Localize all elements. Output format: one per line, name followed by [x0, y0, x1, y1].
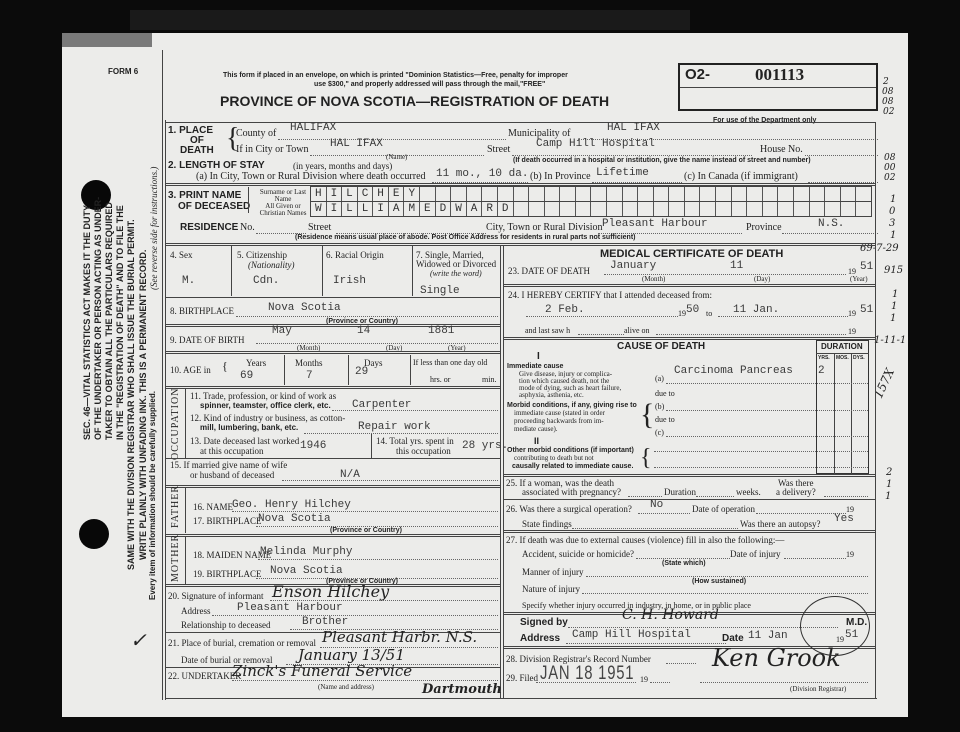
last-saw-label: and last saw h	[525, 327, 570, 335]
days-value: 29	[355, 367, 368, 378]
street-value: Camp Hill Hospital	[536, 139, 655, 150]
name-letter-box: E	[420, 202, 436, 216]
q25-label-2: associated with pregnancy?	[522, 488, 621, 497]
margin-note-2: 08	[882, 88, 893, 97]
divider-9	[165, 485, 501, 488]
informant-address-line	[212, 615, 498, 616]
nature-line	[582, 593, 868, 594]
immediate-desc-4: asphyxia, asthenia, etc.	[519, 392, 584, 399]
regbox-divider	[680, 87, 876, 88]
divider-8	[165, 458, 501, 459]
name-label-1: 3. PRINT NAME	[168, 191, 241, 201]
name-letter-box: L	[342, 187, 358, 201]
morbid-brace: {	[640, 400, 654, 430]
name-letter-box	[576, 187, 592, 201]
residence-no-label: No.	[240, 223, 255, 233]
racial-label: 6. Racial Origin	[326, 251, 384, 260]
other-brace: {	[640, 446, 652, 470]
signed-by-line	[568, 627, 838, 628]
roman-2: II	[534, 437, 539, 446]
roman-1: I	[537, 352, 540, 362]
name-letter-box: L	[358, 202, 374, 216]
duration-header-line	[816, 353, 869, 354]
right-border	[875, 122, 876, 698]
state-which-note: (State which)	[662, 560, 706, 567]
duration-dys: DYS.	[853, 356, 865, 361]
street-label: Street	[487, 145, 510, 155]
name-letter-box: A	[467, 202, 483, 216]
months-label: Months	[295, 359, 323, 368]
birthplace-label: 8. BIRTHPLACE	[170, 307, 234, 316]
duration-label: Duration	[664, 488, 696, 497]
spouse-label-1: 15. If married give name of wife	[170, 461, 287, 470]
father-birthplace-note: (Province or Country)	[330, 527, 402, 534]
surname-label: Surname or Last Name	[254, 189, 312, 203]
name-letter-box: D	[498, 202, 514, 216]
trade-value: Carpenter	[352, 400, 411, 411]
dod-day: 11	[730, 261, 743, 272]
weeks-label: weeks.	[736, 488, 761, 497]
name-letter-box	[747, 202, 763, 216]
last-saw-line	[578, 334, 624, 335]
mother-maiden-line	[258, 559, 498, 560]
name-label-divider	[248, 187, 249, 213]
cell-divider-5	[322, 246, 323, 296]
certify-to-century: 19	[848, 310, 856, 318]
findings-label: State findings	[522, 520, 572, 529]
other-label-3: causally related to immediate cause.	[512, 463, 633, 470]
side-notice-line7: Every item of information should be care…	[148, 391, 157, 600]
name-letter-box	[638, 187, 654, 201]
margin-note-name-1: 1	[890, 195, 896, 205]
certify-from: 2 Feb.	[545, 305, 585, 316]
alive-on-label: alive on	[624, 327, 650, 335]
margin-note-4: 02	[883, 108, 894, 117]
trade-label-2: spinner, teamster, office clerk, etc.	[200, 402, 331, 410]
name-letter-box	[685, 202, 701, 216]
q26-value: No	[650, 500, 663, 511]
bottom-border	[165, 698, 877, 699]
name-letter-box	[810, 202, 826, 216]
margin-note-preg-3: 1	[885, 492, 891, 502]
accident-line	[636, 558, 730, 559]
industry-line	[304, 433, 498, 434]
occupation-label: OCCUPATION	[170, 388, 181, 460]
stay-b-value: Lifetime	[596, 168, 649, 179]
informant-signature-label: 20. Signature of informant	[168, 592, 263, 601]
dod-day-note: (Day)	[754, 276, 770, 283]
cell-divider-4	[231, 246, 232, 296]
side-notice-line2: OF THE UNDERTAKER OR PERSON ACTING AS UN…	[93, 197, 103, 440]
divider-r3	[503, 474, 875, 477]
father-name-label: 16. NAME	[193, 503, 233, 512]
cause-b-label: (b)	[655, 403, 664, 411]
injury-date-label: Date of injury	[730, 550, 780, 559]
residence-street-label: Street	[308, 223, 331, 233]
name-letter-box: W	[311, 202, 327, 216]
name-letter-box	[763, 202, 779, 216]
name-letter-box	[669, 202, 685, 216]
stay-a-value: 11 mo., 10 da.	[436, 169, 528, 180]
cause-b-line	[666, 410, 868, 411]
form-number: FORM 6	[108, 68, 138, 76]
name-letter-box: H	[311, 187, 327, 201]
cause-a-years: 2	[818, 366, 825, 377]
margin-note-preg-1: 2	[886, 468, 892, 478]
total-label-2: this occupation	[396, 447, 451, 456]
dod-year-note: (Year)	[850, 276, 868, 283]
name-letter-box	[420, 187, 436, 201]
hospital-note: (If death occurred in a hospital or inst…	[513, 157, 811, 164]
name-letter-box: A	[389, 202, 405, 216]
margin-note-stay-1: 08	[884, 154, 895, 163]
divider-6	[165, 351, 501, 354]
signoff-date: 11 Jan	[748, 631, 788, 642]
divider-4	[165, 297, 501, 298]
name-letter-box	[654, 187, 670, 201]
stay-note: (in years, months and days)	[293, 162, 392, 171]
name-letter-box	[685, 187, 701, 201]
residence-city: Pleasant Harbour	[602, 219, 708, 230]
years-label: Years	[246, 359, 266, 368]
registrar-flourish	[800, 596, 870, 656]
name-letter-box	[700, 187, 716, 201]
name-letter-box	[436, 187, 452, 201]
years-value: 69	[240, 371, 253, 382]
name-letter-box	[623, 187, 639, 201]
residence-province-label: Province	[746, 223, 782, 233]
autopsy-label: Was there an autopsy?	[740, 520, 821, 529]
due-to-1: due to	[655, 390, 675, 398]
duration-col-1	[834, 353, 835, 474]
margin-note-name-3: 3	[889, 219, 895, 229]
last-worked-label-2: at this occupation	[200, 447, 263, 456]
margin-note-stay-2: 00	[884, 164, 895, 173]
undertaker-label: 22. UNDERTAKER	[168, 672, 241, 681]
side-notice-line4: IN THE "REGISTRATION OF DEATH" AND TO FI…	[115, 205, 125, 440]
undertaker-line	[232, 680, 498, 681]
name-letter-box	[669, 187, 685, 201]
certify-from-year: 50	[686, 305, 699, 316]
filed-stamp: JAN 18 1951	[540, 664, 634, 683]
county-value: HALIFAX	[290, 123, 336, 134]
municipality-value: HAL IFAX	[607, 123, 660, 134]
margin-note-certify-1: 1	[892, 290, 898, 300]
name-letter-box	[778, 187, 794, 201]
age-divider-1	[284, 355, 285, 385]
morbid-label-3: proceeding backwards from im-	[514, 418, 604, 425]
signed-by-label: Signed by	[520, 618, 568, 628]
mother-birthplace-label: 19. BIRTHPLACE	[193, 570, 261, 579]
name-letter-box: D	[436, 202, 452, 216]
informant-signature: Enson Hilchey	[272, 584, 389, 600]
other-label-1: Other morbid conditions (if important)	[507, 447, 634, 454]
mail-notice-line2: use $300," and properly addressed will p…	[314, 81, 545, 88]
medical-header: MEDICAL CERTIFICATE OF DEATH	[600, 249, 783, 260]
dob-year: 1881	[428, 326, 454, 337]
mother-maiden: Melinda Murphy	[260, 547, 352, 558]
name-letter-box	[732, 202, 748, 216]
father-divider	[185, 488, 186, 533]
name-letter-box	[545, 202, 561, 216]
name-letter-box	[716, 202, 732, 216]
name-letter-box	[732, 187, 748, 201]
name-letter-box	[482, 187, 498, 201]
check-mark: ✓	[130, 630, 147, 650]
q26-line	[638, 513, 690, 514]
morbid-label-4: mediate cause).	[514, 426, 558, 433]
street-line	[512, 155, 752, 156]
age-label: 10. AGE in	[170, 366, 211, 375]
name-letter-box	[514, 187, 530, 201]
dod-month: January	[610, 261, 656, 272]
total-label-1: 14. Total yrs. spent in	[376, 437, 454, 446]
age-divider-3	[410, 355, 411, 385]
filed-year-line	[650, 682, 670, 683]
registration-prefix: O2-	[685, 67, 710, 82]
immediate-label: Immediate cause	[507, 363, 563, 370]
nature-label: Nature of injury	[522, 585, 580, 594]
certify-to-line	[718, 316, 848, 317]
name-letter-box	[763, 187, 779, 201]
filed-century: 19	[640, 676, 648, 684]
name-letter-box	[778, 202, 794, 216]
father-name-line	[232, 511, 498, 512]
father-name: Geo. Henry Hilchey	[232, 500, 351, 511]
stay-a-label: (a) In City, Town or Rural Division wher…	[196, 172, 426, 182]
mother-birthplace: Nova Scotia	[270, 566, 343, 577]
name-letter-box	[841, 202, 857, 216]
spouse-label-2: or husband of deceased	[190, 471, 274, 480]
name-letter-box	[716, 187, 732, 201]
last-worked-value: 1946	[300, 441, 326, 452]
duration-yrs: YRS.	[818, 356, 830, 361]
name-letter-box: I	[327, 187, 343, 201]
spouse-value: N/A	[340, 470, 360, 481]
county-line	[278, 139, 506, 140]
divider-r1	[503, 284, 875, 287]
less-than-day-label: If less than one day old	[413, 359, 487, 367]
industry-label-2: mill, lumbering, bank, etc.	[200, 424, 298, 432]
name-letter-box: L	[342, 202, 358, 216]
name-letter-box: M	[404, 202, 420, 216]
dod-month-note: (Month)	[642, 276, 665, 283]
margin-note-preg-2: 1	[886, 480, 892, 490]
dod-year: 51	[860, 262, 873, 273]
name-letter-box	[841, 187, 857, 201]
signoff-date-label: Date	[722, 634, 744, 644]
name-letter-box	[856, 187, 871, 201]
divider-r4	[503, 499, 875, 500]
q25-weeks-line	[696, 496, 734, 497]
burial-place: Pleasant Harbr. N.S.	[322, 630, 477, 645]
surname-boxes: HILCHEY	[310, 186, 872, 202]
marital-label-3: (write the word)	[430, 270, 482, 278]
name-letter-box	[700, 202, 716, 216]
burial-date: January 13/51	[298, 648, 405, 663]
months-value: 7	[306, 371, 313, 382]
signoff-address: Camp Hill Hospital	[572, 630, 691, 641]
stay-label: 2. LENGTH OF STAY	[168, 161, 265, 171]
divider-7	[165, 386, 501, 389]
other-line-2	[654, 467, 868, 468]
name-letter-box: C	[358, 187, 374, 201]
name-letter-box: R	[482, 202, 498, 216]
margin-note-dod: 915	[884, 266, 903, 276]
dod-line	[604, 274, 846, 275]
certify-to-year: 51	[860, 305, 873, 316]
birthplace-line	[236, 316, 498, 317]
stay-b-label: (b) In Province	[530, 172, 591, 182]
manner-label: Manner of injury	[522, 568, 583, 577]
q26-label: 26. Was there a surgical operation?	[506, 505, 632, 514]
divider-10	[165, 534, 501, 537]
other-label-2: contributing to death but not	[514, 455, 594, 462]
margin-note-certify-3: 1	[890, 314, 896, 324]
side-notice-line6: WRITE PLAINLY WITH UNFADING INK. THIS IS…	[138, 250, 148, 560]
certify-from-century: 19	[678, 310, 686, 318]
name-letter-box	[638, 202, 654, 216]
total-divider	[371, 434, 372, 458]
birthplace-value: Nova Scotia	[268, 303, 341, 314]
city-name-note: (Name)	[386, 154, 407, 161]
name-letter-box	[856, 202, 871, 216]
margin-note-name-4: 1	[890, 231, 896, 241]
min-label: min.	[482, 376, 496, 384]
undertaker-note: (Name and address)	[318, 684, 374, 691]
dod-label: 23. DATE OF DEATH	[508, 267, 590, 276]
cause-c-line	[666, 436, 868, 437]
punch-hole-bottom	[79, 519, 109, 549]
signoff-address-label: Address	[520, 634, 560, 644]
name-letter-box	[529, 202, 545, 216]
due-to-2: due to	[655, 416, 675, 424]
margin-note-certify-2: 1	[891, 302, 897, 312]
filed-line	[536, 682, 636, 683]
house-label: House No.	[760, 145, 803, 155]
given-label: All Given or Christian Names	[254, 203, 312, 217]
name-letter-box: I	[373, 202, 389, 216]
residence-note: (Residence means usual place of abode. P…	[295, 234, 636, 241]
father-birthplace: Nova Scotia	[258, 514, 331, 525]
name-letter-box	[514, 202, 530, 216]
name-letter-box	[576, 202, 592, 216]
column-divider-2	[500, 246, 501, 698]
accident-label: Accident, suicide or homicide?	[522, 550, 634, 559]
name-letter-box	[794, 187, 810, 201]
margin-note-stay-3: 02	[884, 174, 895, 183]
mail-notice-line1: This form if placed in an envelope, on w…	[223, 72, 568, 79]
alive-on-century: 19	[848, 328, 856, 336]
cell-divider-6	[412, 246, 413, 296]
operation-date-line	[756, 513, 846, 514]
divider-3	[165, 243, 875, 246]
divider-r5	[503, 530, 875, 533]
cause-a-label: (a)	[655, 375, 664, 383]
marital-value: Single	[420, 286, 460, 297]
manner-line	[586, 576, 868, 577]
divider-top	[165, 122, 875, 123]
scan-border-strip	[130, 10, 690, 30]
operation-date-label: Date of operation	[692, 505, 755, 514]
name-letter-box	[545, 187, 561, 201]
mother-divider	[185, 537, 186, 584]
name-letter-box: I	[327, 202, 343, 216]
name-letter-box	[825, 187, 841, 201]
name-letter-box	[591, 187, 607, 201]
informant-address-label: Address	[181, 607, 211, 616]
side-notice-line1: SEC. 46—VITAL STATISTICS ACT MAKES IT TH…	[82, 205, 92, 440]
residence-province-line	[782, 233, 878, 234]
name-label-2: OF DECEASED	[178, 202, 250, 212]
citizenship-label: 5. Citizenship	[237, 251, 287, 260]
name-letter-box: W	[451, 202, 467, 216]
undertaker-value: Zinck's Funeral Service	[232, 664, 412, 679]
name-letter-box	[623, 202, 639, 216]
place-label-3: DEATH	[180, 146, 214, 156]
injury-century: 19	[846, 551, 854, 559]
marital-label-2: Widowed or Divorced	[416, 260, 496, 269]
certify-label: 24. I HEREBY CERTIFY that I attended dec…	[508, 291, 712, 300]
mother-label: MOTHER	[170, 534, 181, 582]
morbid-label-1: Morbid conditions, if any, giving rise t…	[507, 402, 637, 409]
citizenship-sub: (Nationality)	[248, 261, 295, 270]
industry-label-1: 12. Kind of industry or business, as cot…	[190, 414, 345, 423]
alive-on-line	[656, 334, 846, 335]
residence-label: RESIDENCE	[180, 223, 238, 233]
residence-province: N.S.	[818, 219, 844, 230]
last-worked-label-1: 13. Date deceased last worked	[190, 437, 299, 446]
name-letter-box	[467, 187, 483, 201]
cause-header: CAUSE OF DEATH	[617, 342, 705, 352]
trade-label-1: 11. Trade, profession, or kind of work a…	[190, 392, 336, 401]
occupation-divider	[185, 389, 186, 458]
name-letter-box	[607, 202, 623, 216]
certify-from-line	[526, 316, 678, 317]
dob-label: 9. DATE OF BIRTH	[170, 336, 244, 345]
how-sustained-note: (How sustained)	[692, 578, 746, 585]
injury-date-line	[784, 558, 846, 559]
left-border-inner	[165, 120, 166, 700]
left-border	[162, 50, 163, 700]
side-notice-line5: SAME WITH THE DIVISION REGISTRAR WHO SHA…	[126, 219, 136, 570]
registrar-line	[700, 682, 868, 683]
informant-address: Pleasant Harbour	[237, 603, 343, 614]
racial-value: Irish	[333, 276, 366, 287]
duration-header: DURATION	[821, 343, 863, 351]
residence-city-label: City, Town or Rural Division	[486, 223, 603, 233]
name-letter-box	[747, 187, 763, 201]
age-divider-2	[348, 355, 349, 385]
name-letter-box	[451, 187, 467, 201]
findings-line	[572, 528, 738, 529]
margin-note-name-2: 0	[889, 207, 895, 217]
margin-note-1: 2	[883, 78, 889, 87]
name-letter-box	[825, 202, 841, 216]
cause-c-label: (c)	[655, 429, 664, 437]
side-notice-line8: (See reverse side for instructions.)	[149, 167, 159, 290]
age-brace: {	[222, 360, 228, 372]
certify-to-label: to	[706, 310, 712, 318]
q27-label: 27. If death was due to external causes …	[506, 536, 784, 545]
sex-value: M.	[182, 276, 195, 287]
registration-number: 001113	[755, 66, 804, 83]
house-line	[805, 155, 878, 156]
margin-note-duration: 1-11-1	[874, 336, 906, 346]
duration-mos: MOS.	[836, 356, 849, 361]
delivery-label-2: a delivery?	[776, 488, 816, 497]
name-letter-box: Y	[404, 187, 420, 201]
